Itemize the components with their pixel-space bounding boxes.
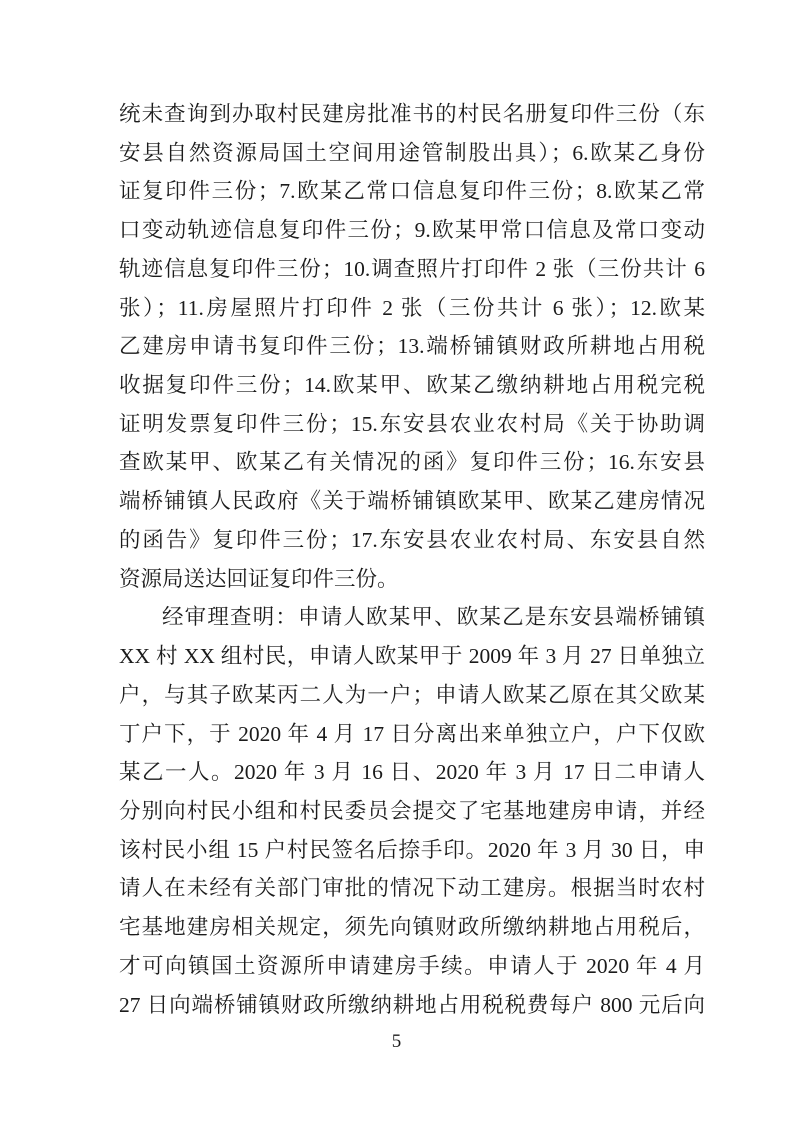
page-number: 5 bbox=[0, 1030, 793, 1054]
text-line: 张）；11.房屋照片打印件 2 张（三份共计 6 张）；12.欧某 bbox=[119, 289, 705, 328]
text-line: 证明发票复印件三份；15.东安县农业农村局《关于协助调 bbox=[119, 405, 705, 444]
text-line: 收据复印件三份；14.欧某甲、欧某乙缴纳耕地占用税完税 bbox=[119, 366, 705, 405]
text-line: 统未查询到办取村民建房批准书的村民名册复印件三份（东 bbox=[119, 95, 705, 134]
text-line: 轨迹信息复印件三份；10.调查照片打印件 2 张（三份共计 6 bbox=[119, 250, 705, 289]
text-line: 安县自然资源局国土空间用途管制股出具）；6.欧某乙身份 bbox=[119, 134, 705, 173]
text-line: 户，与其子欧某丙二人为一户；申请人欧某乙原在其父欧某 bbox=[119, 676, 705, 715]
text-line: XX 村 XX 组村民，申请人欧某甲于 2009 年 3 月 27 日单独立 bbox=[119, 637, 705, 676]
text-line: 的函告》复印件三份；17.东安县农业农村局、东安县自然 bbox=[119, 521, 705, 560]
text-line: 27 日向端桥铺镇财政所缴纳耕地占用税税费每户 800 元后向 bbox=[119, 986, 705, 1025]
text-line: 丁户下，于 2020 年 4 月 17 日分离出来单独立户，户下仅欧 bbox=[119, 715, 705, 754]
document-page: 统未查询到办取村民建房批准书的村民名册复印件三份（东 安县自然资源局国土空间用途… bbox=[0, 0, 793, 1122]
paragraph-evidence-list: 统未查询到办取村民建房批准书的村民名册复印件三份（东 安县自然资源局国土空间用途… bbox=[119, 95, 705, 598]
text-line: 经审理查明：申请人欧某甲、欧某乙是东安县端桥铺镇 bbox=[119, 598, 705, 637]
text-line: 请人在未经有关部门审批的情况下动工建房。根据当时农村 bbox=[119, 869, 705, 908]
paragraph-findings-of-fact: 经审理查明：申请人欧某甲、欧某乙是东安县端桥铺镇 XX 村 XX 组村民，申请人… bbox=[119, 598, 705, 1024]
text-line: 端桥铺镇人民政府《关于端桥铺镇欧某甲、欧某乙建房情况 bbox=[119, 482, 705, 521]
text-line: 证复印件三份；7.欧某乙常口信息复印件三份；8.欧某乙常 bbox=[119, 172, 705, 211]
text-line: 乙建房申请书复印件三份；13.端桥铺镇财政所耕地占用税 bbox=[119, 327, 705, 366]
text-line: 资源局送达回证复印件三份。 bbox=[119, 560, 705, 599]
text-line: 口变动轨迹信息复印件三份；9.欧某甲常口信息及常口变动 bbox=[119, 211, 705, 250]
text-line: 某乙一人。2020 年 3 月 16 日、2020 年 3 月 17 日二申请人 bbox=[119, 753, 705, 792]
text-line: 该村民小组 15 户村民签名后捺手印。2020 年 3 月 30 日，申 bbox=[119, 831, 705, 870]
text-line: 查欧某甲、欧某乙有关情况的函》复印件三份；16.东安县 bbox=[119, 443, 705, 482]
text-line: 宅基地建房相关规定，须先向镇财政所缴纳耕地占用税后， bbox=[119, 908, 705, 947]
text-line: 分别向村民小组和村民委员会提交了宅基地建房申请，并经 bbox=[119, 792, 705, 831]
document-body: 统未查询到办取村民建房批准书的村民名册复印件三份（东 安县自然资源局国土空间用途… bbox=[119, 95, 705, 1024]
text-line: 才可向镇国土资源所申请建房手续。申请人于 2020 年 4 月 bbox=[119, 947, 705, 986]
